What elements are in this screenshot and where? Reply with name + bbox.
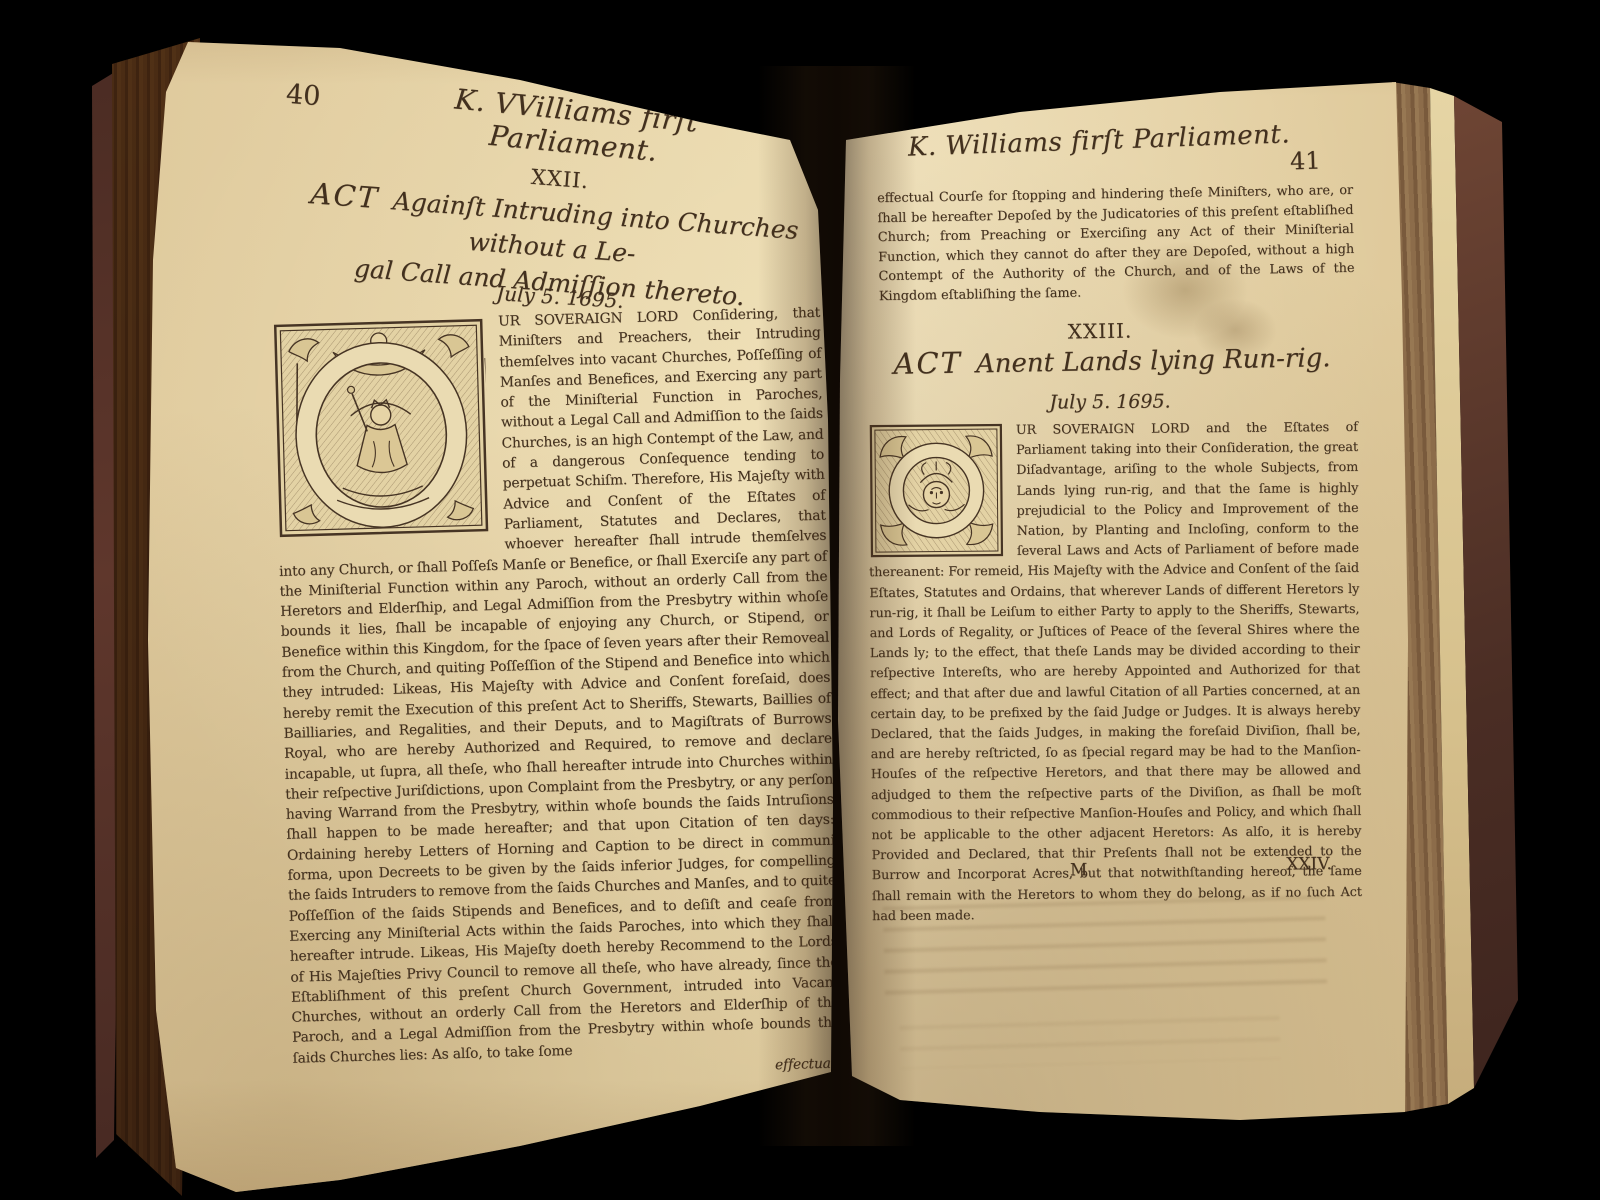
running-header: K. Williams firſt Parliament.: [884, 119, 1315, 164]
page-number: 40: [285, 79, 321, 112]
signature-mark: M: [1070, 860, 1088, 880]
act-body-text: O: [272, 303, 841, 1089]
act-heading: ACTAnent Lands lying Run-rig.: [880, 339, 1345, 381]
show-through-text: [899, 1007, 1280, 1069]
act-date: July 5. 1695.: [960, 390, 1260, 415]
catchword: XXIV.: [1286, 854, 1332, 874]
woodcut-initial-illustration: [868, 422, 1005, 559]
woodcut-initial-o: O: [868, 422, 1005, 559]
woodcut-initial-o: O: [272, 316, 490, 540]
act-label: ACT: [893, 346, 962, 381]
page-number: 41: [1290, 146, 1322, 175]
book-photograph: 40 K. VVilliams firſt Parliament. XXII. …: [0, 0, 1600, 1200]
continuation-paragraph: effectual Courſe for ſtopping and hinder…: [877, 181, 1355, 307]
act-body-text: O: [868, 417, 1362, 926]
act-label: ACT: [310, 176, 381, 215]
woodcut-initial-illustration: [272, 316, 490, 540]
act-title: Anent Lands lying Run-rig.: [976, 343, 1331, 379]
signature-line: M XXIV.: [870, 858, 1360, 892]
act-title-line1: Againſt Intruding into Churches without …: [392, 186, 800, 268]
